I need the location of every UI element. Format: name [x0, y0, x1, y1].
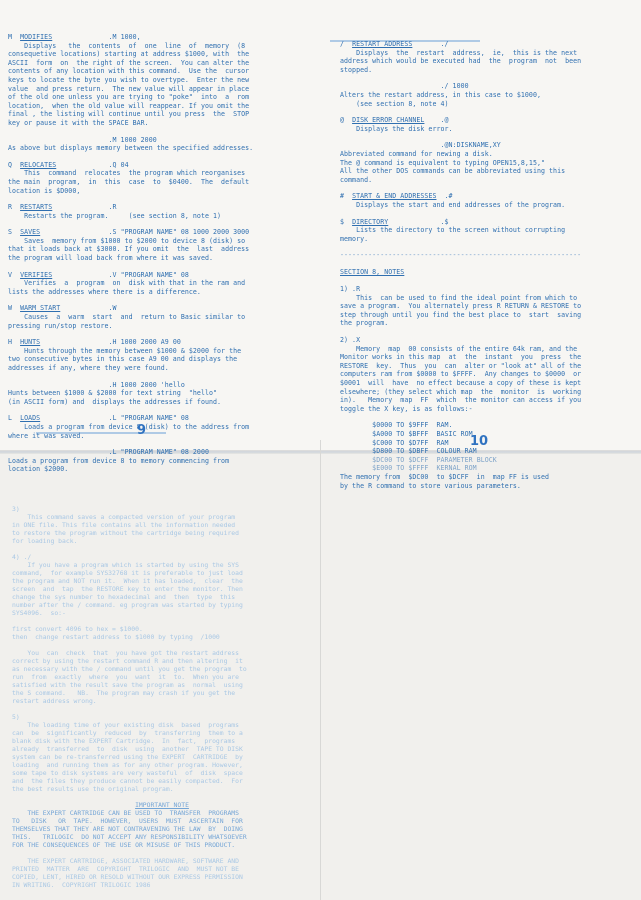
command-key: $: [340, 218, 352, 226]
command-description: This command relocates the program which…: [8, 169, 308, 195]
page-number-9: 9: [137, 423, 146, 438]
command-description: Hunts through the memory between $1000 &…: [8, 347, 308, 373]
command-title: RELOCATES: [20, 161, 56, 169]
memory-map-row: $DC00 TO $DCFF PARAMETER BLOCK: [340, 456, 632, 465]
note: 1) .R This can be used to find the ideal…: [340, 285, 632, 328]
command-title: LOADS: [20, 414, 40, 422]
note: 2) .X Memory map 00 consists of the enti…: [340, 336, 632, 413]
command-entry: @ DISK ERROR CHANNEL .@ Displays the dis…: [340, 116, 632, 133]
command-entry: $ DIRECTORY .$ Lists the directory to th…: [340, 218, 632, 244]
command-key: @: [340, 116, 352, 124]
command-header: .M 1000 2000: [8, 136, 308, 145]
command-key: L: [8, 414, 20, 422]
command-title: HUNTS: [20, 338, 40, 346]
command-entry: V VERIFIES .V "PROGRAM NAME" 08 Verifies…: [8, 271, 308, 297]
command-syntax: .S "PROGRAM NAME" 08 1000 2000 3000: [109, 228, 250, 236]
memory-use: RAM: [437, 439, 449, 447]
command-entry: W WARM START .W Causes a warm start and …: [8, 304, 308, 330]
command-header: Q RELOCATES .Q 04: [8, 161, 308, 170]
command-syntax: .@: [441, 116, 449, 124]
memory-range: $DC00 TO $DCFF: [372, 456, 428, 464]
command-entry: H HUNTS .H 1000 2000 A9 00 Hunts through…: [8, 338, 308, 372]
command-syntax: ./ 1000: [441, 82, 469, 90]
command-description: Displays the contents of one line of mem…: [8, 42, 308, 128]
command-description: Restarts the program. (see section 8, no…: [8, 212, 308, 221]
command-description: Loads a program from device 8 (disk) to …: [8, 423, 308, 440]
memory-use: KERNAL ROM: [437, 464, 477, 472]
command-header: .L "PROGRAM NAME" 08 2000: [8, 448, 308, 457]
command-description: Displays the disk error.: [340, 125, 632, 134]
command-header: / RESTART ADDRESS ./: [340, 40, 632, 49]
command-description: Causes a warm start and return to Basic …: [8, 313, 308, 330]
command-key: W: [8, 304, 20, 312]
note-label: 1) .R: [340, 285, 632, 294]
command-syntax: .#: [445, 192, 453, 200]
command-description: As above but displays memory between the…: [8, 144, 308, 153]
command-syntax: .M 1000,: [109, 33, 141, 41]
command-description: Alters the restart address, in this case…: [340, 91, 632, 108]
page-gutter: [320, 440, 321, 900]
command-header: S SAVES .S "PROGRAM NAME" 08 1000 2000 3…: [8, 228, 308, 237]
command-description: Abbreviated command for newing a disk. T…: [340, 150, 632, 184]
command-syntax: .Q 04: [109, 161, 129, 169]
back-page-text: 3) This command saves a compacted versio…: [12, 505, 312, 889]
note-body: Memory map 00 consists of the entire 64k…: [340, 345, 632, 414]
note-body: This can be used to find the ideal point…: [340, 294, 632, 328]
command-title: START & END ADDRESSES: [352, 192, 436, 200]
command-entry: .L "PROGRAM NAME" 08 2000Loads a program…: [8, 448, 308, 474]
command-syntax: .M 1000 2000: [109, 136, 157, 144]
command-title: WARM START: [20, 304, 60, 312]
command-header: H HUNTS .H 1000 2000 A9 00: [8, 338, 308, 347]
command-title: RESTARTS: [20, 203, 52, 211]
command-key: R: [8, 203, 20, 211]
command-key: /: [340, 40, 352, 48]
command-title: RESTART ADDRESS: [352, 40, 412, 48]
command-title: DISK ERROR CHANNEL: [352, 116, 424, 124]
command-key: M: [8, 33, 20, 41]
command-entry: .@N:DISKNAME,XYAbbreviated command for n…: [340, 141, 632, 184]
command-key: #: [340, 192, 352, 200]
command-syntax: .@N:DISKNAME,XY: [441, 141, 501, 149]
section-divider: ----------------------------------------…: [340, 251, 632, 260]
command-syntax: .H 1000 2000 'hello: [109, 381, 185, 389]
command-header: .@N:DISKNAME,XY: [340, 141, 632, 150]
command-key: Q: [8, 161, 20, 169]
command-header: L LOADS .L "PROGRAM NAME" 08: [8, 414, 308, 423]
command-entry: ./ 1000Alters the restart address, in th…: [340, 82, 632, 108]
command-description: Lists the directory to the screen withou…: [340, 226, 632, 243]
notice-body: THE EXPERT CARTRIDGE CAN BE USED TO TRAN…: [12, 809, 312, 849]
back-paragraph: 4) ./ If you have a program which is sta…: [12, 553, 312, 617]
command-description: Loads a program from device 8 to memory …: [8, 457, 308, 474]
page-10-column: / RESTART ADDRESS ./ Displays the restar…: [340, 40, 632, 490]
command-entry: S SAVES .S "PROGRAM NAME" 08 1000 2000 3…: [8, 228, 308, 262]
memory-use: PARAMETER BLOCK: [437, 456, 497, 464]
command-description: Hunts between $1000 & $2000 for text str…: [8, 389, 308, 406]
memory-map-footer: The memory from $DC00 to $DCFF in map FF…: [340, 473, 632, 490]
page-9-column: M MODIFIES .M 1000, Displays the content…: [8, 33, 308, 482]
command-entry: M MODIFIES .M 1000, Displays the content…: [8, 33, 308, 128]
command-entry: .M 1000 2000As above but displays memory…: [8, 136, 308, 153]
memory-range: $D800 TO $DBFF: [372, 447, 428, 455]
memory-range: $E000 TO $FFFF: [372, 464, 428, 472]
back-paragraph: 3) This command saves a compacted versio…: [12, 505, 312, 545]
command-syntax: .L "PROGRAM NAME" 08: [109, 414, 189, 422]
command-title: MODIFIES: [20, 33, 52, 41]
command-key: S: [8, 228, 20, 236]
command-entry: .H 1000 2000 'helloHunts between $1000 &…: [8, 381, 308, 407]
command-syntax: .$: [441, 218, 449, 226]
memory-range: $A000 TO $BFFF: [372, 430, 428, 438]
back-paragraph: 5) The loading time of your existing dis…: [12, 713, 312, 793]
command-description: Displays the start and end addresses of …: [340, 201, 632, 210]
command-entry: Q RELOCATES .Q 04 This command relocates…: [8, 161, 308, 195]
memory-range: $0000 TO $9FFF: [372, 421, 428, 429]
note-label: 2) .X: [340, 336, 632, 345]
command-description: Saves memory from $1000 to $2000 to devi…: [8, 237, 308, 263]
memory-use: RAM.: [437, 421, 453, 429]
memory-map-row: $E000 TO $FFFF KERNAL ROM: [340, 464, 632, 473]
command-syntax: .V "PROGRAM NAME" 08: [109, 271, 189, 279]
command-header: .H 1000 2000 'hello: [8, 381, 308, 390]
notice-title: IMPORTANT NOTE: [12, 801, 312, 809]
memory-map-row: $0000 TO $9FFF RAM.: [340, 421, 632, 430]
command-key: H: [8, 338, 20, 346]
memory-use: BASIC ROM: [437, 430, 473, 438]
command-entry: # START & END ADDRESSES .# Displays the …: [340, 192, 632, 209]
command-header: M MODIFIES .M 1000,: [8, 33, 308, 42]
command-header: ./ 1000: [340, 82, 632, 91]
page-number-10: 10: [470, 434, 488, 449]
back-paragraph: first convert 4096 to hex = $1000. then …: [12, 625, 312, 641]
command-header: R RESTARTS .R: [8, 203, 308, 212]
command-syntax: .L "PROGRAM NAME" 08 2000: [109, 448, 210, 456]
command-syntax: .W: [109, 304, 117, 312]
command-syntax: .H 1000 2000 A9 00: [109, 338, 181, 346]
section-title: SECTION 8, NOTES: [340, 268, 632, 277]
command-header: @ DISK ERROR CHANNEL .@: [340, 116, 632, 125]
command-syntax: .R: [109, 203, 117, 211]
command-entry: R RESTARTS .R Restarts the program. (see…: [8, 203, 308, 220]
copyright-notice: THE EXPERT CARTRIDGE, ASSOCIATED HARDWAR…: [12, 857, 312, 889]
command-key: V: [8, 271, 20, 279]
command-title: SAVES: [20, 228, 40, 236]
command-header: W WARM START .W: [8, 304, 308, 313]
command-header: # START & END ADDRESSES .#: [340, 192, 632, 201]
command-entry: / RESTART ADDRESS ./ Displays the restar…: [340, 40, 632, 74]
command-description: Displays the restart address, ie, this i…: [340, 49, 632, 75]
command-syntax: ./: [441, 40, 449, 48]
command-title: VERIFIES: [20, 271, 52, 279]
command-description: Verifies a program on disk with that in …: [8, 279, 308, 296]
back-paragraph: You can check that you have got the rest…: [12, 649, 312, 705]
command-header: V VERIFIES .V "PROGRAM NAME" 08: [8, 271, 308, 280]
command-header: $ DIRECTORY .$: [340, 218, 632, 227]
command-title: DIRECTORY: [352, 218, 388, 226]
command-entry: L LOADS .L "PROGRAM NAME" 08 Loads a pro…: [8, 414, 308, 440]
memory-range: $C000 TO $D7FF: [372, 439, 428, 447]
